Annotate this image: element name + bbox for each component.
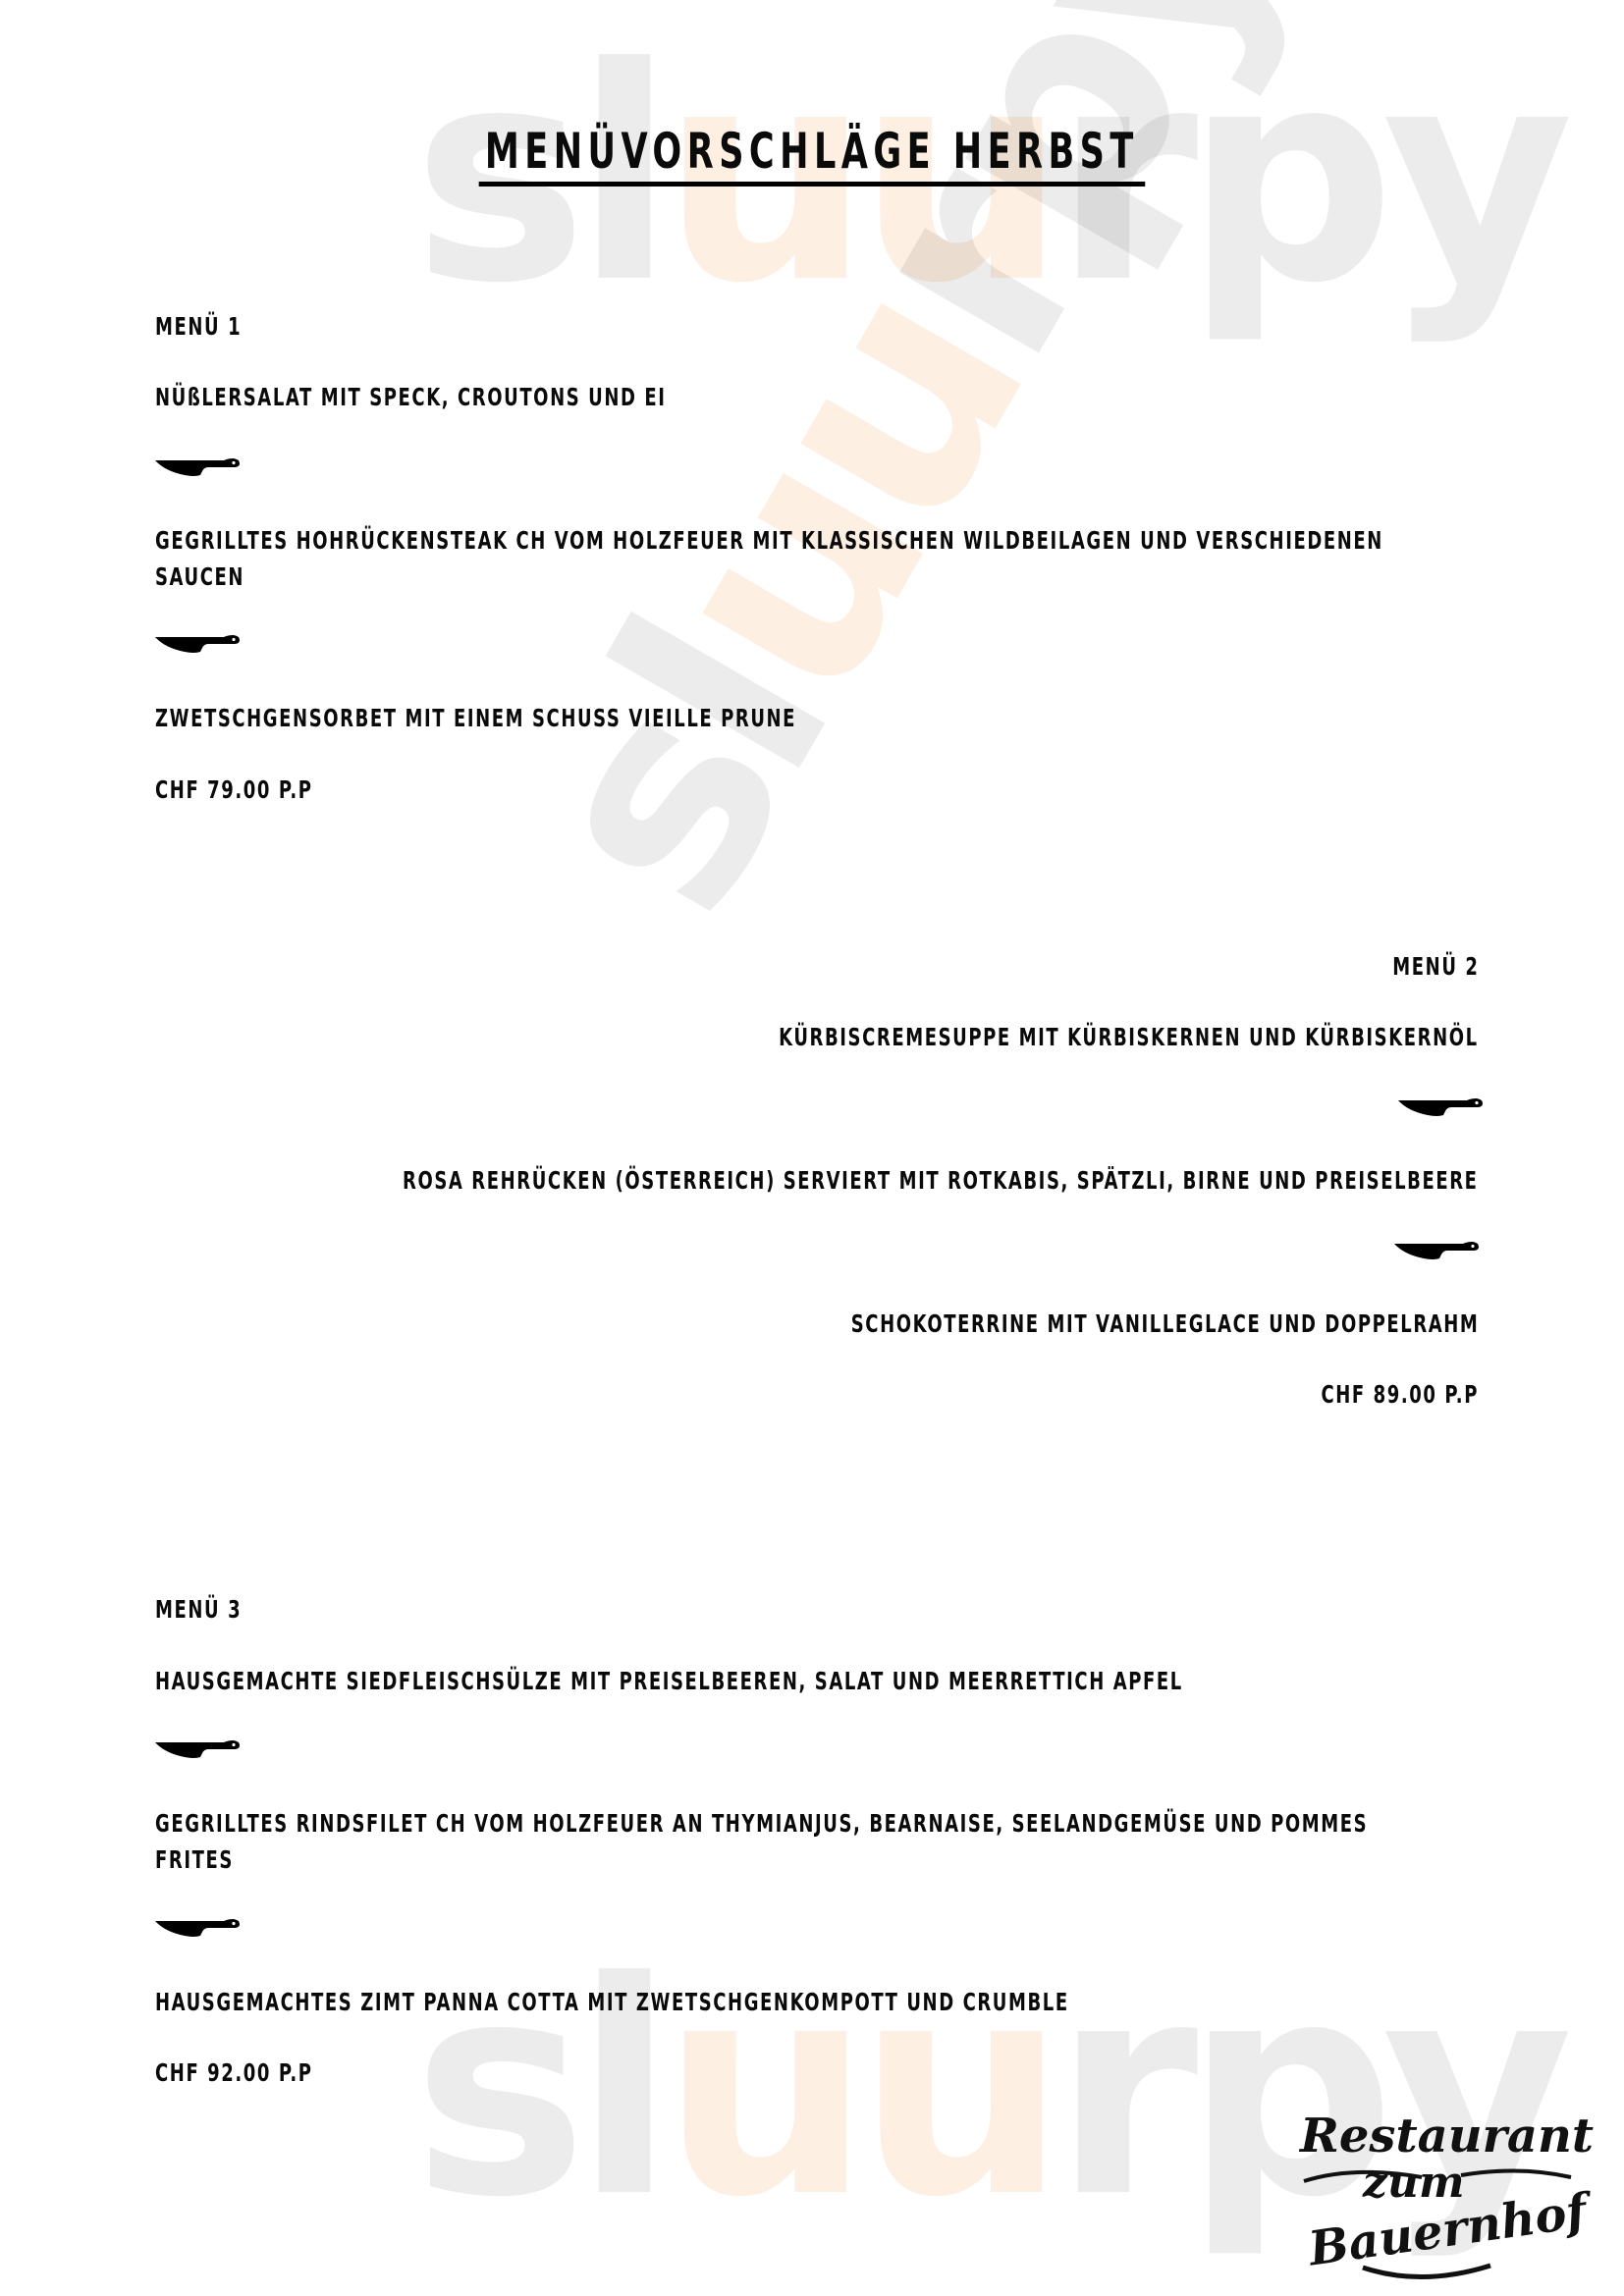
knife-icon: [155, 457, 240, 479]
menu-3-price: CHF 92.00 P.P: [155, 2055, 313, 2092]
menu-3-course-2: GEGRILLTES RINDSFILET CH VOM HOLZFEUER A…: [155, 1805, 1368, 1842]
page-title-wrap: MENÜVORSCHLÄGE HERBST: [0, 126, 1624, 187]
menu-1-course-1: NÜßLERSALAT MIT SPECK, CROUTONS UND EI: [155, 379, 667, 416]
logo-flourish: [1294, 2109, 1579, 2285]
knife-icon: [155, 1918, 240, 1940]
page-title: MENÜVORSCHLÄGE HERBST: [479, 126, 1145, 187]
knife-icon: [1394, 1241, 1479, 1262]
menu-3-heading: MENÜ 3: [155, 1591, 242, 1629]
menu-3-course-2-cont: FRITES: [155, 1842, 234, 1879]
menu-1-course-2-cont: SAUCEN: [155, 559, 244, 596]
menu-1-heading: MENÜ 1: [155, 308, 242, 346]
menu-1-price: CHF 79.00 P.P: [155, 772, 313, 809]
menu-2-course-1: KÜRBISCREMESUPPE MIT KÜRBISKERNEN UND KÜ…: [779, 1019, 1479, 1056]
restaurant-logo: Restaurant zum Bauernhof: [1294, 2109, 1579, 2285]
knife-icon: [1398, 1097, 1483, 1119]
menu-1-course-2: GEGRILLTES HOHRÜCKENSTEAK CH VOM HOLZFEU…: [155, 522, 1383, 560]
menu-2-heading: MENÜ 2: [1392, 948, 1479, 986]
menu-2-price: CHF 89.00 P.P: [1321, 1376, 1479, 1414]
knife-icon: [155, 634, 240, 656]
menu-2-course-2: ROSA REHRÜCKEN (ÖSTERREICH) SERVIERT MIT…: [403, 1162, 1479, 1200]
menu-2-course-3: SCHOKOTERRINE MIT VANILLEGLACE UND DOPPE…: [850, 1306, 1479, 1343]
knife-icon: [155, 1739, 240, 1761]
menu-1-course-3: ZWETSCHGENSORBET MIT EINEM SCHUSS VIEILL…: [155, 700, 796, 737]
menu-3-course-3: HAUSGEMACHTES ZIMT PANNA COTTA MIT ZWETS…: [155, 1984, 1069, 2021]
menu-3-course-1: HAUSGEMACHTE SIEDFLEISCHSÜLZE MIT PREISE…: [155, 1663, 1183, 1700]
